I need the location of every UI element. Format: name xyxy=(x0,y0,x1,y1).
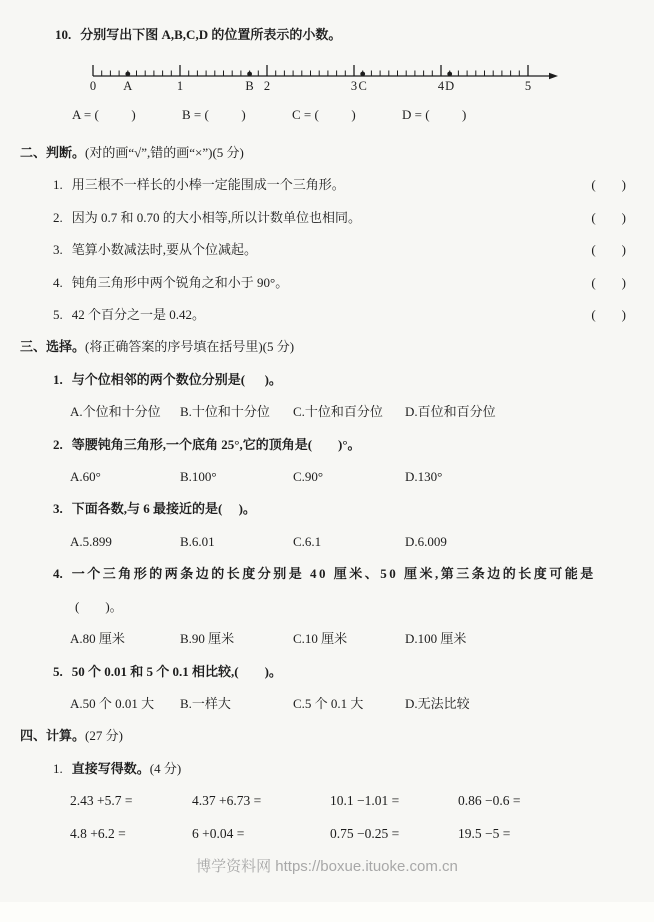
choice-question-4: 4.一个三角形的两条边的长度分别是 40 厘米、50 厘米,第三条边的长度可能是 xyxy=(0,558,654,590)
svg-text:D: D xyxy=(445,79,454,93)
option-a: A.个位和十分位 xyxy=(70,396,180,428)
question-text: 一个三角形的两条边的长度分别是 40 厘米、50 厘米,第三条边的长度可能是 xyxy=(72,566,596,581)
option-a: A.5.899 xyxy=(70,526,180,558)
question-text: 下面各数,与 6 最接近的是( )。 xyxy=(72,501,256,516)
item-number: 1. xyxy=(53,372,63,387)
item-number: 1. xyxy=(53,761,63,776)
section-judge-title: 二、判断。 xyxy=(20,145,85,160)
question-text: 等腰钝角三角形,一个底角 25°,它的顶角是( )°。 xyxy=(72,437,361,452)
judge-item-3: 3.笔算小数减法时,要从个位减起。( ) xyxy=(0,234,654,266)
svg-text:4: 4 xyxy=(438,79,445,93)
expression: 4.8 +6.2 = xyxy=(70,818,192,850)
answer-blank-a: A = ( ) xyxy=(72,107,182,123)
item-number: 5. xyxy=(53,664,63,679)
item-text: 用三根不一样长的小棒一定能围成一个三角形。 xyxy=(72,169,345,201)
answer-brackets: ( ) xyxy=(591,234,626,266)
item-text: 42 个百分之一是 0.42。 xyxy=(72,299,205,331)
bottom-strip xyxy=(0,902,654,922)
number-line-figure: 012345ABCD xyxy=(88,57,562,97)
option-b: B.90 厘米 xyxy=(180,623,293,655)
option-d: D.130° xyxy=(405,461,442,493)
watermark-footer: 博学资料网 https://boxue.ituoke.com.cn xyxy=(0,855,654,876)
item-number: 3. xyxy=(53,234,63,266)
option-b: B.一样大 xyxy=(180,688,293,720)
item-number: 4. xyxy=(53,267,63,299)
choice-options-3: A.5.899B.6.01C.6.1D.6.009 xyxy=(0,526,654,558)
item-number: 2. xyxy=(53,437,63,452)
svg-text:A: A xyxy=(123,79,132,93)
svg-text:3: 3 xyxy=(351,79,357,93)
svg-text:C: C xyxy=(359,79,367,93)
expression: 2.43 +5.7 = xyxy=(70,785,192,817)
svg-text:5: 5 xyxy=(525,79,531,93)
answer-blanks-row: A = ( ) B = ( ) C = ( ) D = ( ) xyxy=(0,107,654,123)
calc-row-2: 4.8 +6.2 =6 +0.04 =0.75 −0.25 =19.5 −5 = xyxy=(0,818,654,850)
option-c: C.5 个 0.1 大 xyxy=(293,688,405,720)
answer-blank-d: D = ( ) xyxy=(402,107,466,123)
expression: 10.1 −1.01 = xyxy=(330,785,458,817)
option-d: D.6.009 xyxy=(405,526,447,558)
option-b: B.100° xyxy=(180,461,293,493)
item-number: 5. xyxy=(53,299,63,331)
expression: 0.75 −0.25 = xyxy=(330,818,458,850)
judge-item-4: 4.钝角三角形中两个锐角之和小于 90°。( ) xyxy=(0,267,654,299)
svg-text:0: 0 xyxy=(90,79,96,93)
answer-blank-b: B = ( ) xyxy=(182,107,292,123)
answer-blank-c: C = ( ) xyxy=(292,107,402,123)
judge-item-2: 2.因为 0.7 和 0.70 的大小相等,所以计数单位也相同。( ) xyxy=(0,202,654,234)
svg-text:1: 1 xyxy=(177,79,183,93)
question-text: 分别写出下图 A,B,C,D 的位置所表示的小数。 xyxy=(80,27,341,42)
option-b: B.6.01 xyxy=(180,526,293,558)
calc-sub-title: 直接写得数。 xyxy=(72,761,150,776)
option-d: D.100 厘米 xyxy=(405,623,466,655)
option-a: A.50 个 0.01 大 xyxy=(70,688,180,720)
judge-item-5: 5.42 个百分之一是 0.42。( ) xyxy=(0,299,654,331)
section-calc-heading: 四、计算。(27 分) xyxy=(0,720,654,752)
item-text: 因为 0.7 和 0.70 的大小相等,所以计数单位也相同。 xyxy=(72,202,361,234)
item-number: 4. xyxy=(53,566,63,581)
test-paper-page: { "colors": { "bg": "#f7f7f4", "text": "… xyxy=(0,0,654,922)
svg-text:B: B xyxy=(245,79,253,93)
expression: 0.86 −0.6 = xyxy=(458,785,520,817)
question-continuation: ( )。 xyxy=(75,599,123,614)
option-c: C.6.1 xyxy=(293,526,405,558)
expression: 4.37 +6.73 = xyxy=(192,785,330,817)
choice-question-4-continuation: ( )。 xyxy=(0,591,654,623)
calc-subheading: 1.直接写得数。(4 分) xyxy=(0,753,654,785)
item-text: 钝角三角形中两个锐角之和小于 90°。 xyxy=(72,267,288,299)
option-d: D.百位和百分位 xyxy=(405,396,496,428)
option-d: D.无法比较 xyxy=(405,688,470,720)
section-choice-title: 三、选择。 xyxy=(20,339,85,354)
answer-brackets: ( ) xyxy=(591,169,626,201)
item-number: 3. xyxy=(53,501,63,516)
paper-body: 二、判断。(对的画“√”,错的画“×”)(5 分) 1.用三根不一样长的小棒一定… xyxy=(0,137,654,850)
option-c: C.十位和百分位 xyxy=(293,396,405,428)
option-a: A.60° xyxy=(70,461,180,493)
answer-brackets: ( ) xyxy=(591,202,626,234)
choice-question-2: 2.等腰钝角三角形,一个底角 25°,它的顶角是( )°。 xyxy=(0,429,654,461)
section-judge-note: (对的画“√”,错的画“×”)(5 分) xyxy=(85,145,244,160)
question-number: 10. xyxy=(55,27,71,42)
choice-question-5: 5.50 个 0.01 和 5 个 0.1 相比较,( )。 xyxy=(0,656,654,688)
option-a: A.80 厘米 xyxy=(70,623,180,655)
number-line: 012345ABCD xyxy=(88,57,562,97)
section-calc-note: (27 分) xyxy=(85,728,123,743)
option-c: C.90° xyxy=(293,461,405,493)
calc-row-1: 2.43 +5.7 =4.37 +6.73 =10.1 −1.01 =0.86 … xyxy=(0,785,654,817)
section-choice-note: (将正确答案的序号填在括号里)(5 分) xyxy=(85,339,294,354)
choice-options-2: A.60°B.100°C.90°D.130° xyxy=(0,461,654,493)
section-choice-heading: 三、选择。(将正确答案的序号填在括号里)(5 分) xyxy=(0,331,654,363)
judge-item-1: 1.用三根不一样长的小棒一定能围成一个三角形。( ) xyxy=(0,169,654,201)
choice-options-1: A.个位和十分位B.十位和十分位C.十位和百分位D.百位和百分位 xyxy=(0,396,654,428)
question-text: 与个位相邻的两个数位分别是( )。 xyxy=(72,372,282,387)
question-text: 50 个 0.01 和 5 个 0.1 相比较,( )。 xyxy=(72,664,282,679)
item-text: 笔算小数减法时,要从个位减起。 xyxy=(72,234,257,266)
choice-options-5: A.50 个 0.01 大B.一样大C.5 个 0.1 大D.无法比较 xyxy=(0,688,654,720)
choice-options-4: A.80 厘米B.90 厘米C.10 厘米D.100 厘米 xyxy=(0,623,654,655)
answer-brackets: ( ) xyxy=(591,299,626,331)
item-number: 1. xyxy=(53,169,63,201)
section-calc-title: 四、计算。 xyxy=(20,728,85,743)
expression: 6 +0.04 = xyxy=(192,818,330,850)
calc-sub-note: (4 分) xyxy=(150,761,181,776)
item-number: 2. xyxy=(53,202,63,234)
expression: 19.5 −5 = xyxy=(458,818,510,850)
option-c: C.10 厘米 xyxy=(293,623,405,655)
option-b: B.十位和十分位 xyxy=(180,396,293,428)
question-10-line: 10.分别写出下图 A,B,C,D 的位置所表示的小数。 xyxy=(0,0,654,43)
choice-question-3: 3.下面各数,与 6 最接近的是( )。 xyxy=(0,493,654,525)
choice-question-1: 1.与个位相邻的两个数位分别是( )。 xyxy=(0,364,654,396)
answer-brackets: ( ) xyxy=(591,267,626,299)
section-judge-heading: 二、判断。(对的画“√”,错的画“×”)(5 分) xyxy=(0,137,654,169)
svg-text:2: 2 xyxy=(264,79,270,93)
